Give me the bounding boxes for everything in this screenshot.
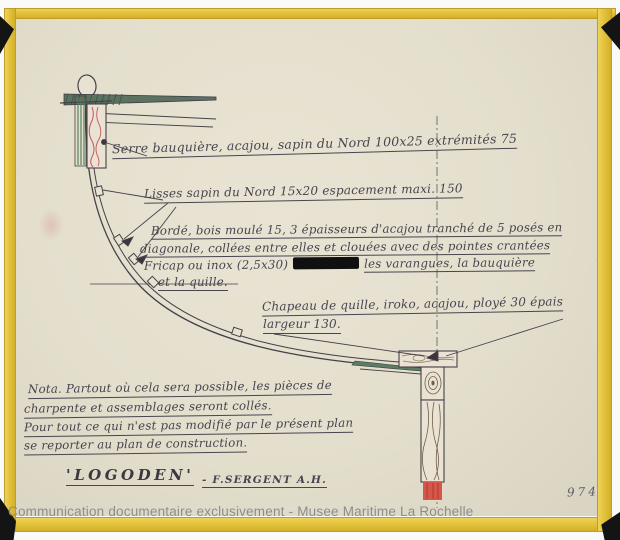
annotation-borde-line4-text: et la quille. — [158, 275, 228, 291]
tape-left — [4, 8, 16, 532]
annotation-borde-line4: et la quille. — [158, 274, 228, 290]
redacted-block — [293, 257, 359, 270]
annotation-borde-line1: Bordé, bois moulé 15, 3 épaisseurs d'aca… — [151, 219, 563, 239]
annotation-borde-line3-pre: Fricap ou inox (2,5x30) — [144, 257, 288, 272]
tape-right — [597, 8, 612, 532]
tape-bottom — [4, 517, 616, 532]
nota-line4: se reporter au plan de construction. — [24, 434, 248, 455]
archive-page-number: 974 — [567, 484, 599, 499]
annotation-borde-line3: Fricap ou inox (2,5x30)les varangues, la… — [144, 254, 535, 273]
museum-watermark-caption: Communication documentaire exclusivement… — [8, 504, 474, 519]
boat-name-title: 'LOGODEN' — [66, 466, 194, 486]
keel-detail — [352, 351, 457, 500]
annotation-borde-line3-post: les varangues, la bauquière — [364, 255, 535, 272]
annotation-chapeau-line2: largeur 130. — [263, 316, 341, 334]
tape-top — [4, 8, 616, 19]
scanned-boat-plan: Serre bauquière, acajou, sapin du Nord 1… — [0, 0, 620, 540]
architect-signature: - F.SERGENT A.H. — [202, 474, 327, 488]
